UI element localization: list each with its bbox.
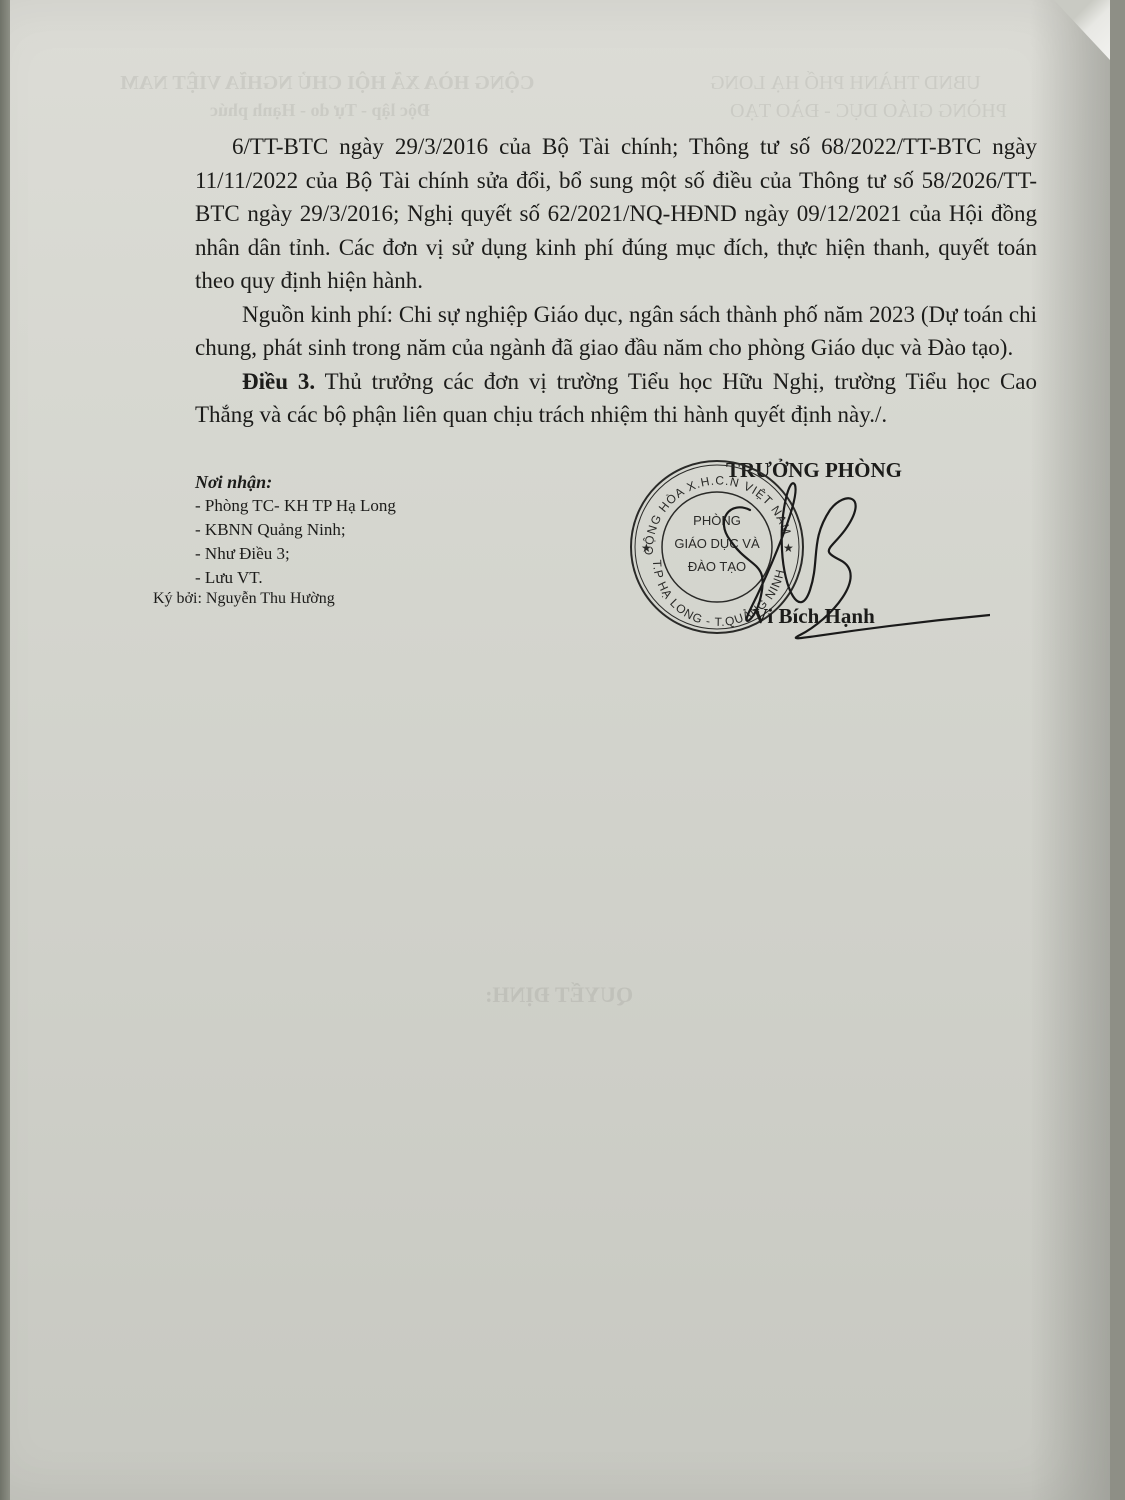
paragraph: 6/TT-BTC ngày 29/3/2016 của Bộ Tài chính… <box>195 130 1037 298</box>
svg-text:★: ★ <box>641 541 652 555</box>
bleed-heading: QUYẾT ĐỊNH: <box>485 982 633 1008</box>
bleed-header-right: CỘNG HÒA XÃ HỘI CHỦ NGHĨA VIỆT NAM <box>120 72 534 95</box>
recipients-heading: Nơi nhận: <box>195 470 396 494</box>
signer-name: Vi Bích Hạnh <box>753 604 875 629</box>
recipient-item: - Như Điều 3; <box>195 542 396 566</box>
page-shadow <box>1030 0 1110 1500</box>
body-text: 6/TT-BTC ngày 29/3/2016 của Bộ Tài chính… <box>195 130 1037 432</box>
article-3: Điều 3. Thủ trưởng các đơn vị trường Tiể… <box>195 365 1037 432</box>
paragraph: Nguồn kinh phí: Chi sự nghiệp Giáo dục, … <box>195 298 1037 365</box>
recipient-item: - KBNN Quảng Ninh; <box>195 518 396 542</box>
article-3-text: Thủ trưởng các đơn vị trường Tiểu học Hữ… <box>195 369 1037 428</box>
bleed-header-right-2: Độc lập - Tự do - Hạnh phúc <box>210 100 430 121</box>
signed-by: Ký bởi: Nguyễn Thu Hường <box>153 590 335 608</box>
recipient-item: - Phòng TC- KH TP Hạ Long <box>195 494 396 518</box>
recipients-block: Nơi nhận: - Phòng TC- KH TP Hạ Long - KB… <box>195 470 396 590</box>
recipient-item: - Lưu VT. <box>195 566 396 590</box>
bleed-header-left: UBND THÀNH PHỐ HẠ LONG <box>710 72 981 95</box>
bleed-header-left-2: PHÒNG GIÁO DỤC - ĐÀO TẠO <box>730 100 1007 123</box>
document-page: CỘNG HÒA XÃ HỘI CHỦ NGHĨA VIỆT NAM Độc l… <box>10 0 1110 1500</box>
article-3-label: Điều 3. <box>242 369 315 394</box>
